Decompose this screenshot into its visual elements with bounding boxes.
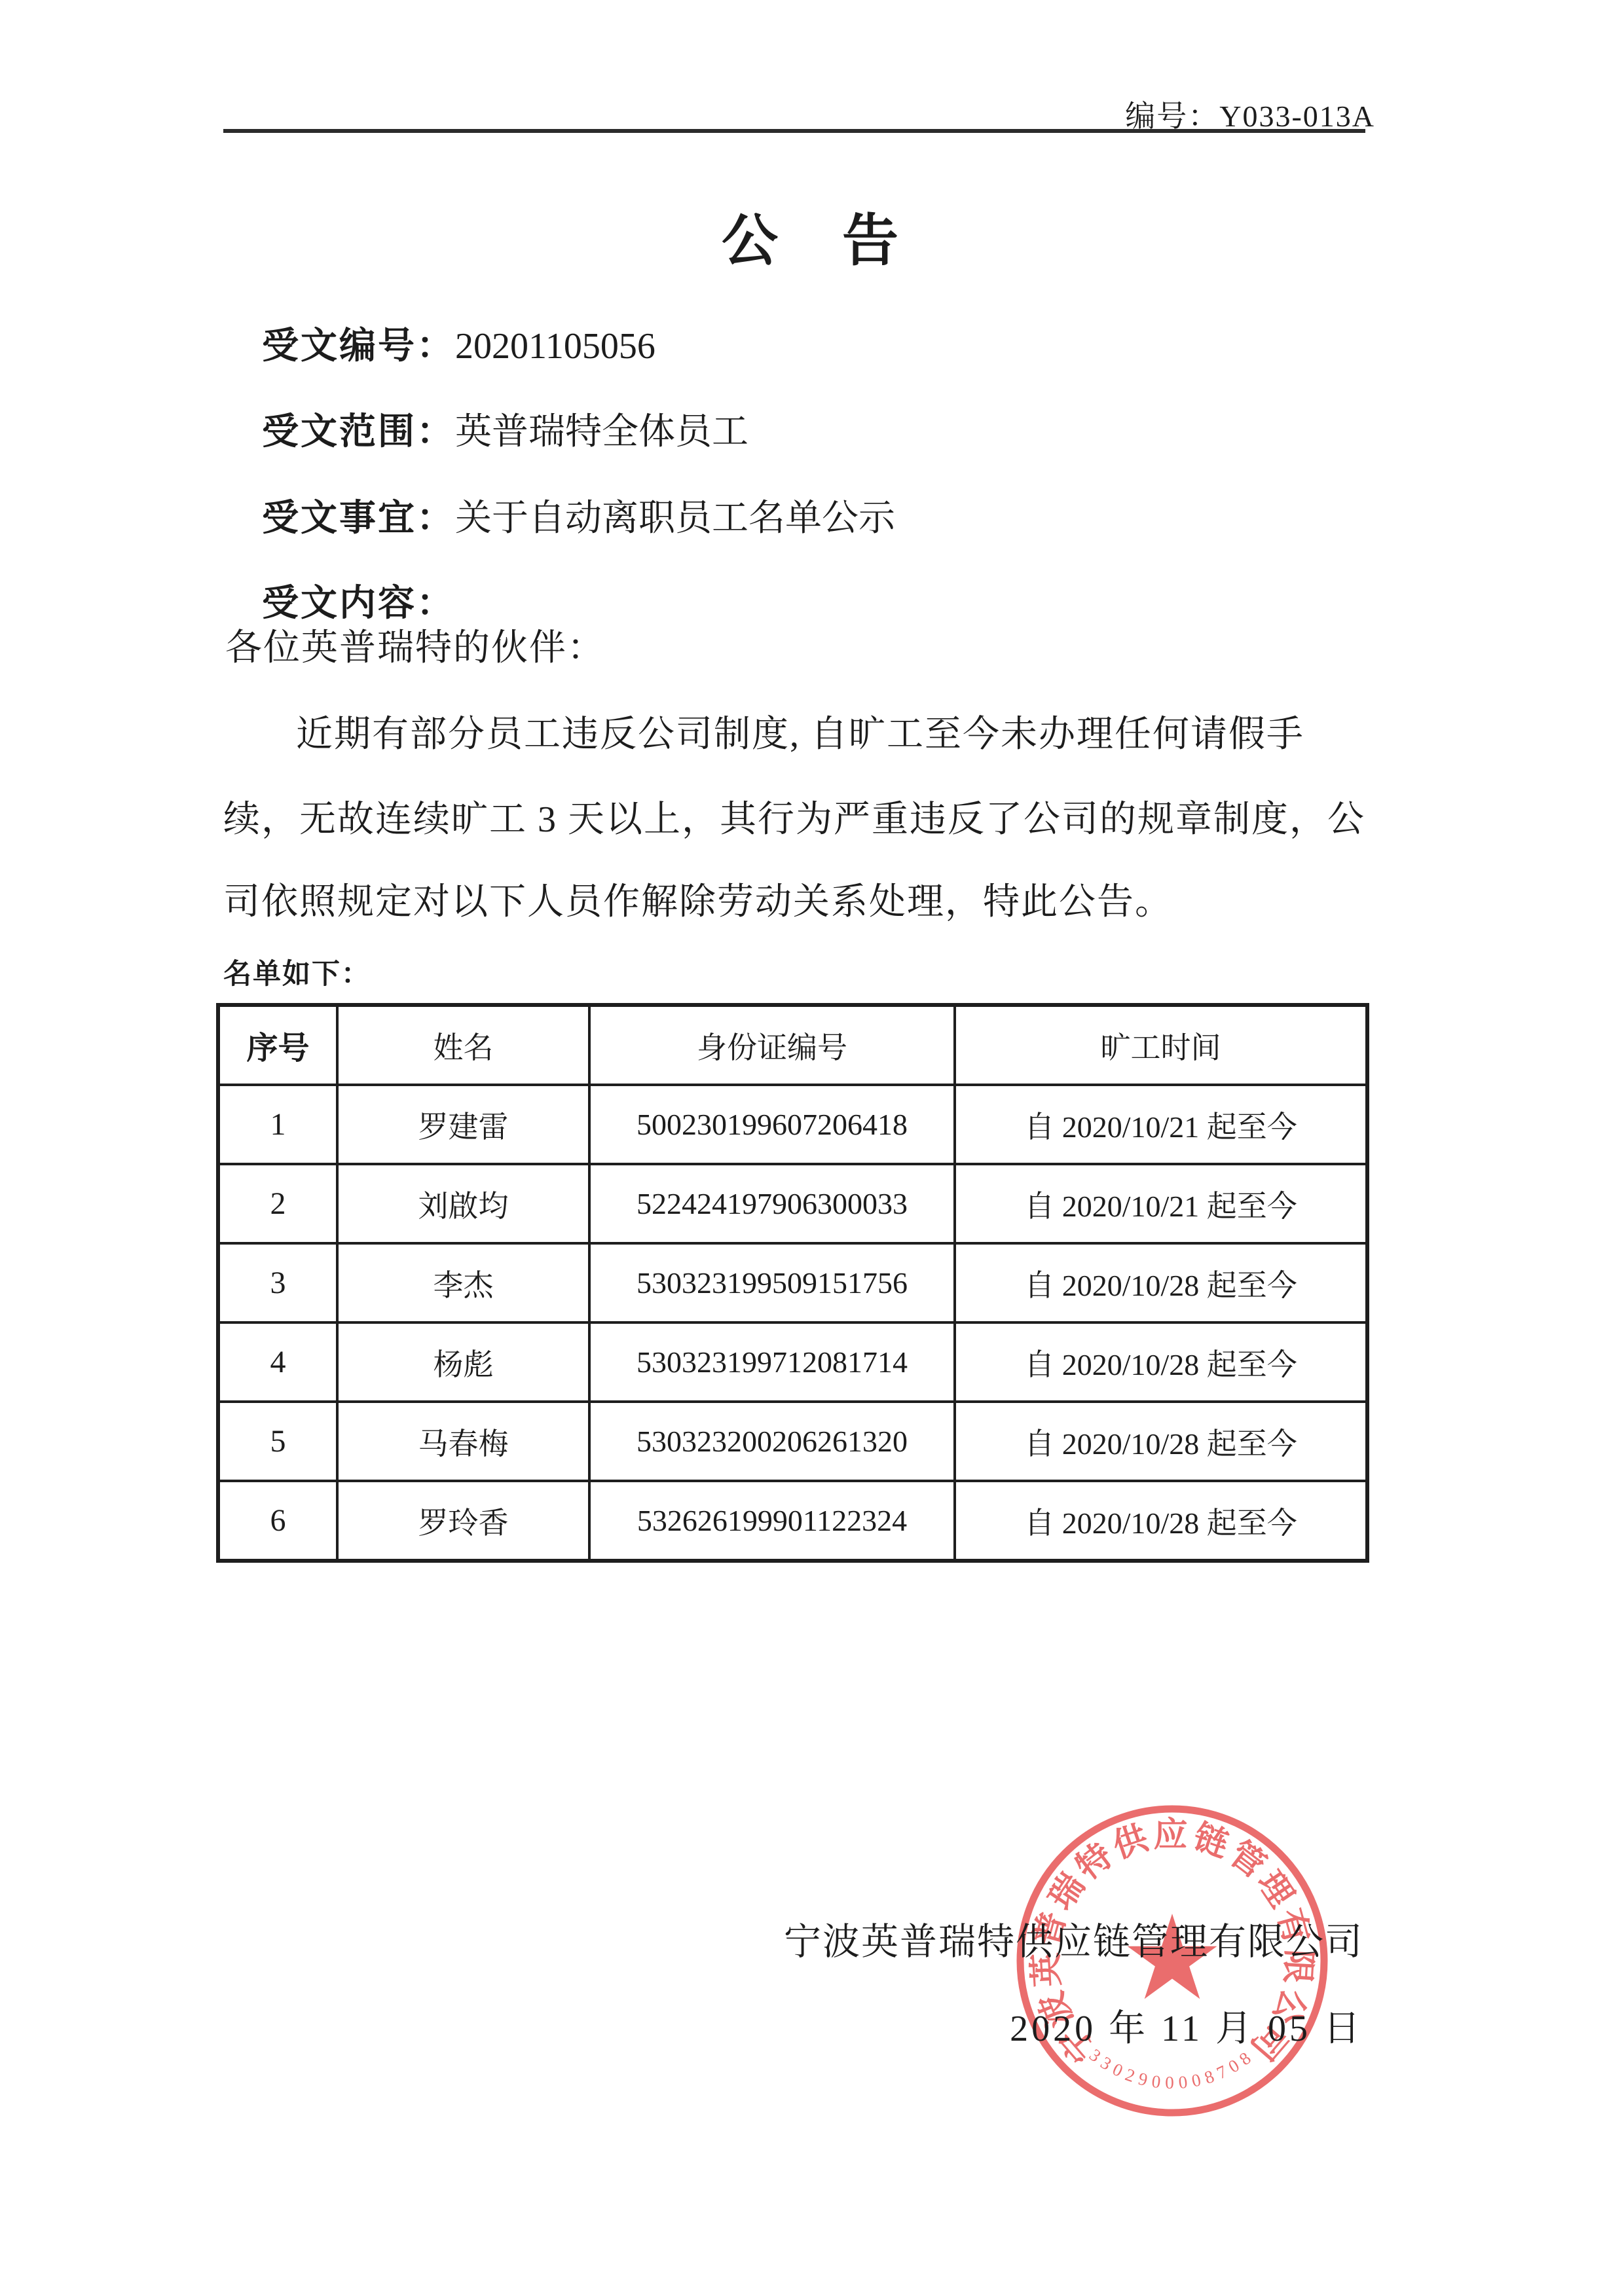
- cell-id-number: 532626199901122324: [589, 1481, 955, 1561]
- column-header-id-number: 身份证编号: [589, 1005, 955, 1085]
- signature-company-name: 宁波英普瑞特供应链管理有限公司: [784, 1912, 1363, 1965]
- column-header-name: 姓名: [337, 1005, 589, 1085]
- column-header-absence-period: 旷工时间: [955, 1005, 1367, 1085]
- table-row: 4 杨彪 530323199712081714 自 2020/10/28 起至今: [218, 1322, 1367, 1402]
- cell-id-number: 530323200206261320: [589, 1402, 955, 1481]
- table-row: 5 马春梅 530323200206261320 自 2020/10/28 起至…: [218, 1402, 1367, 1481]
- cell-index: 5: [218, 1402, 337, 1481]
- cell-index: 6: [218, 1481, 337, 1561]
- meta-label: 受文范围：: [262, 412, 455, 452]
- table-header-row: 序号 姓名 身份证编号 旷工时间: [218, 1005, 1367, 1085]
- cell-id-number: 522424197906300033: [589, 1164, 955, 1243]
- cell-id-number: 500230199607206418: [589, 1085, 955, 1164]
- svg-text:3302900008708: 3302900008708: [1086, 2045, 1259, 2092]
- salutation: 各位英普瑞特的伙伴：: [225, 619, 605, 671]
- list-intro: 名单如下：: [223, 952, 371, 992]
- paragraph-line: 司依照规定对以下人员作解除劳动关系处理，特此公告。: [223, 873, 1173, 925]
- page-title: 公 告: [0, 195, 1624, 276]
- cell-absence-period: 自 2020/10/28 起至今: [955, 1481, 1367, 1561]
- meta-label: 受文内容：: [262, 583, 455, 624]
- seal-registration-number: 3302900008708: [1086, 2045, 1259, 2092]
- cell-name: 罗玲香: [337, 1481, 589, 1561]
- paragraph-line: 续，无故连续旷工 3 天以上，其行为严重违反了公司的规章制度，公: [223, 790, 1365, 843]
- table-row: 6 罗玲香 532626199901122324 自 2020/10/28 起至…: [218, 1481, 1367, 1561]
- absence-roster-table: 序号 姓名 身份证编号 旷工时间 1 罗建雷 50023019960720641…: [216, 1003, 1369, 1563]
- table-row: 2 刘啟均 522424197906300033 自 2020/10/21 起至…: [218, 1164, 1367, 1243]
- cell-name: 李杰: [337, 1243, 589, 1322]
- meta-value: 英普瑞特全体员工: [455, 412, 748, 452]
- table-row: 1 罗建雷 500230199607206418 自 2020/10/21 起至…: [218, 1085, 1367, 1164]
- cell-name: 刘啟均: [337, 1164, 589, 1243]
- column-header-index: 序号: [218, 1005, 337, 1085]
- signature-date: 2020 年 11 月 05 日: [1010, 1999, 1363, 2052]
- cell-name: 杨彪: [337, 1322, 589, 1402]
- cell-absence-period: 自 2020/10/28 起至今: [955, 1402, 1367, 1481]
- meta-value: 关于自动离职员工名单公示: [455, 498, 895, 539]
- paragraph-line: 近期有部分员工违反公司制度, 自旷工至今未办理任何请假手: [296, 705, 1304, 757]
- announcement-page: 编号：Y033-013A 公 告 受文编号：20201105056 受文范围：英…: [0, 0, 1624, 2296]
- cell-index: 2: [218, 1164, 337, 1243]
- cell-absence-period: 自 2020/10/28 起至今: [955, 1243, 1367, 1322]
- cell-name: 马春梅: [337, 1402, 589, 1481]
- cell-index: 1: [218, 1085, 337, 1164]
- table-row: 3 李杰 530323199509151756 自 2020/10/28 起至今: [218, 1243, 1367, 1322]
- cell-name: 罗建雷: [337, 1085, 589, 1164]
- cell-absence-period: 自 2020/10/21 起至今: [955, 1164, 1367, 1243]
- cell-id-number: 530323199509151756: [589, 1243, 955, 1322]
- cell-index: 4: [218, 1322, 337, 1402]
- cell-absence-period: 自 2020/10/28 起至今: [955, 1322, 1367, 1402]
- header-divider-line: [223, 129, 1365, 133]
- cell-index: 3: [218, 1243, 337, 1322]
- cell-absence-period: 自 2020/10/21 起至今: [955, 1085, 1367, 1164]
- cell-id-number: 530323199712081714: [589, 1322, 955, 1402]
